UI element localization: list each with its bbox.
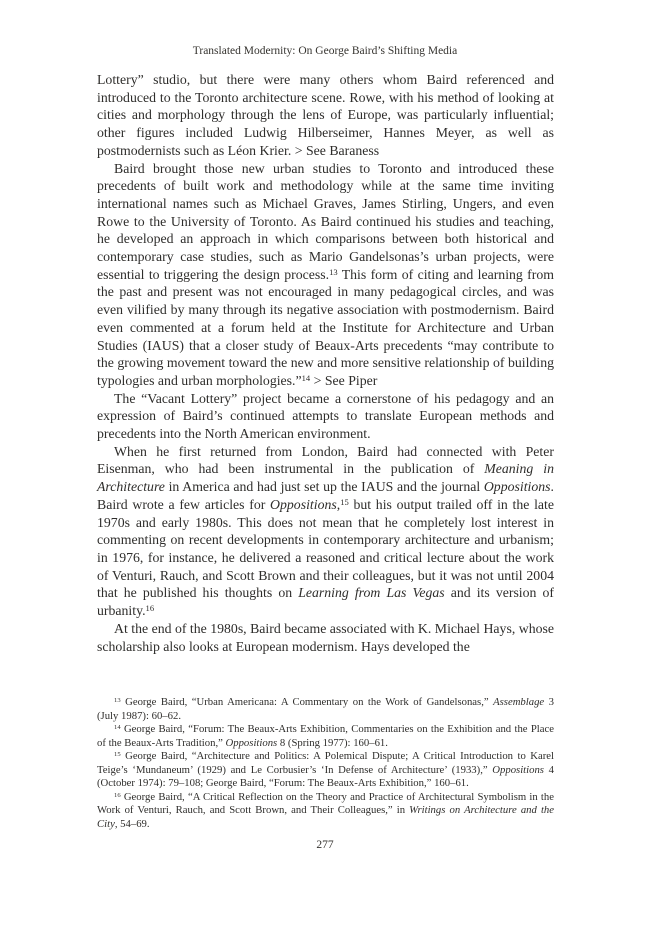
footnote: 16 George Baird, “A Critical Reflection …	[97, 791, 554, 832]
text-run: The “Vacant Lottery” project became a co…	[97, 391, 554, 441]
footnote-ref: 14	[302, 373, 311, 383]
paragraph: Lottery” studio, but there were many oth…	[97, 71, 554, 160]
paragraph: At the end of the 1980s, Baird became as…	[97, 620, 554, 655]
text-run: Baird brought those new urban studies to…	[97, 161, 554, 282]
footnote-ref: 16	[146, 603, 155, 613]
text-run: George Baird, “Urban Americana: A Commen…	[121, 696, 493, 708]
text-run: At the end of the 1980s, Baird became as…	[97, 621, 554, 654]
footnote-ref: 15	[340, 497, 349, 507]
text-run: Learning from Las Vegas	[298, 585, 444, 600]
text-run: Oppositions	[226, 737, 278, 749]
text-run: Oppositions	[484, 479, 551, 494]
footnote: 13 George Baird, “Urban Americana: A Com…	[97, 696, 554, 723]
footnote-ref: 16	[114, 792, 121, 799]
text-run: in America and had just set up the IAUS …	[165, 479, 484, 494]
paragraph: The “Vacant Lottery” project became a co…	[97, 390, 554, 443]
footnote-ref: 13	[329, 267, 338, 277]
footnote-ref: 14	[114, 724, 121, 731]
footnote: 15 George Baird, “Architecture and Polit…	[97, 750, 554, 791]
footnotes: 13 George Baird, “Urban Americana: A Com…	[97, 696, 554, 831]
page-number: 277	[0, 839, 650, 851]
body-text: Lottery” studio, but there were many oth…	[97, 71, 554, 655]
book-page: Translated Modernity: On George Baird’s …	[0, 0, 650, 935]
text-run: Oppositions	[492, 764, 544, 776]
paragraph: When he first returned from London, Bair…	[97, 443, 554, 620]
text-run: Lottery” studio, but there were many oth…	[97, 72, 554, 158]
footnote-ref: 15	[114, 751, 121, 758]
text-run: 8 (Spring 1977): 160–61.	[277, 737, 388, 749]
text-run: Assemblage	[493, 696, 544, 708]
paragraph: Baird brought those new urban studies to…	[97, 160, 554, 390]
running-header: Translated Modernity: On George Baird’s …	[0, 45, 650, 58]
text-run: , 54–69.	[115, 818, 150, 830]
text-run: This form of citing and learning from th…	[97, 267, 554, 388]
text-run: Oppositions	[270, 497, 337, 512]
text-run: > See Piper	[310, 373, 377, 388]
footnote: 14 George Baird, “Forum: The Beaux-Arts …	[97, 723, 554, 750]
footnote-ref: 13	[114, 697, 121, 704]
text-run: George Baird, “Architecture and Politics…	[97, 750, 554, 776]
